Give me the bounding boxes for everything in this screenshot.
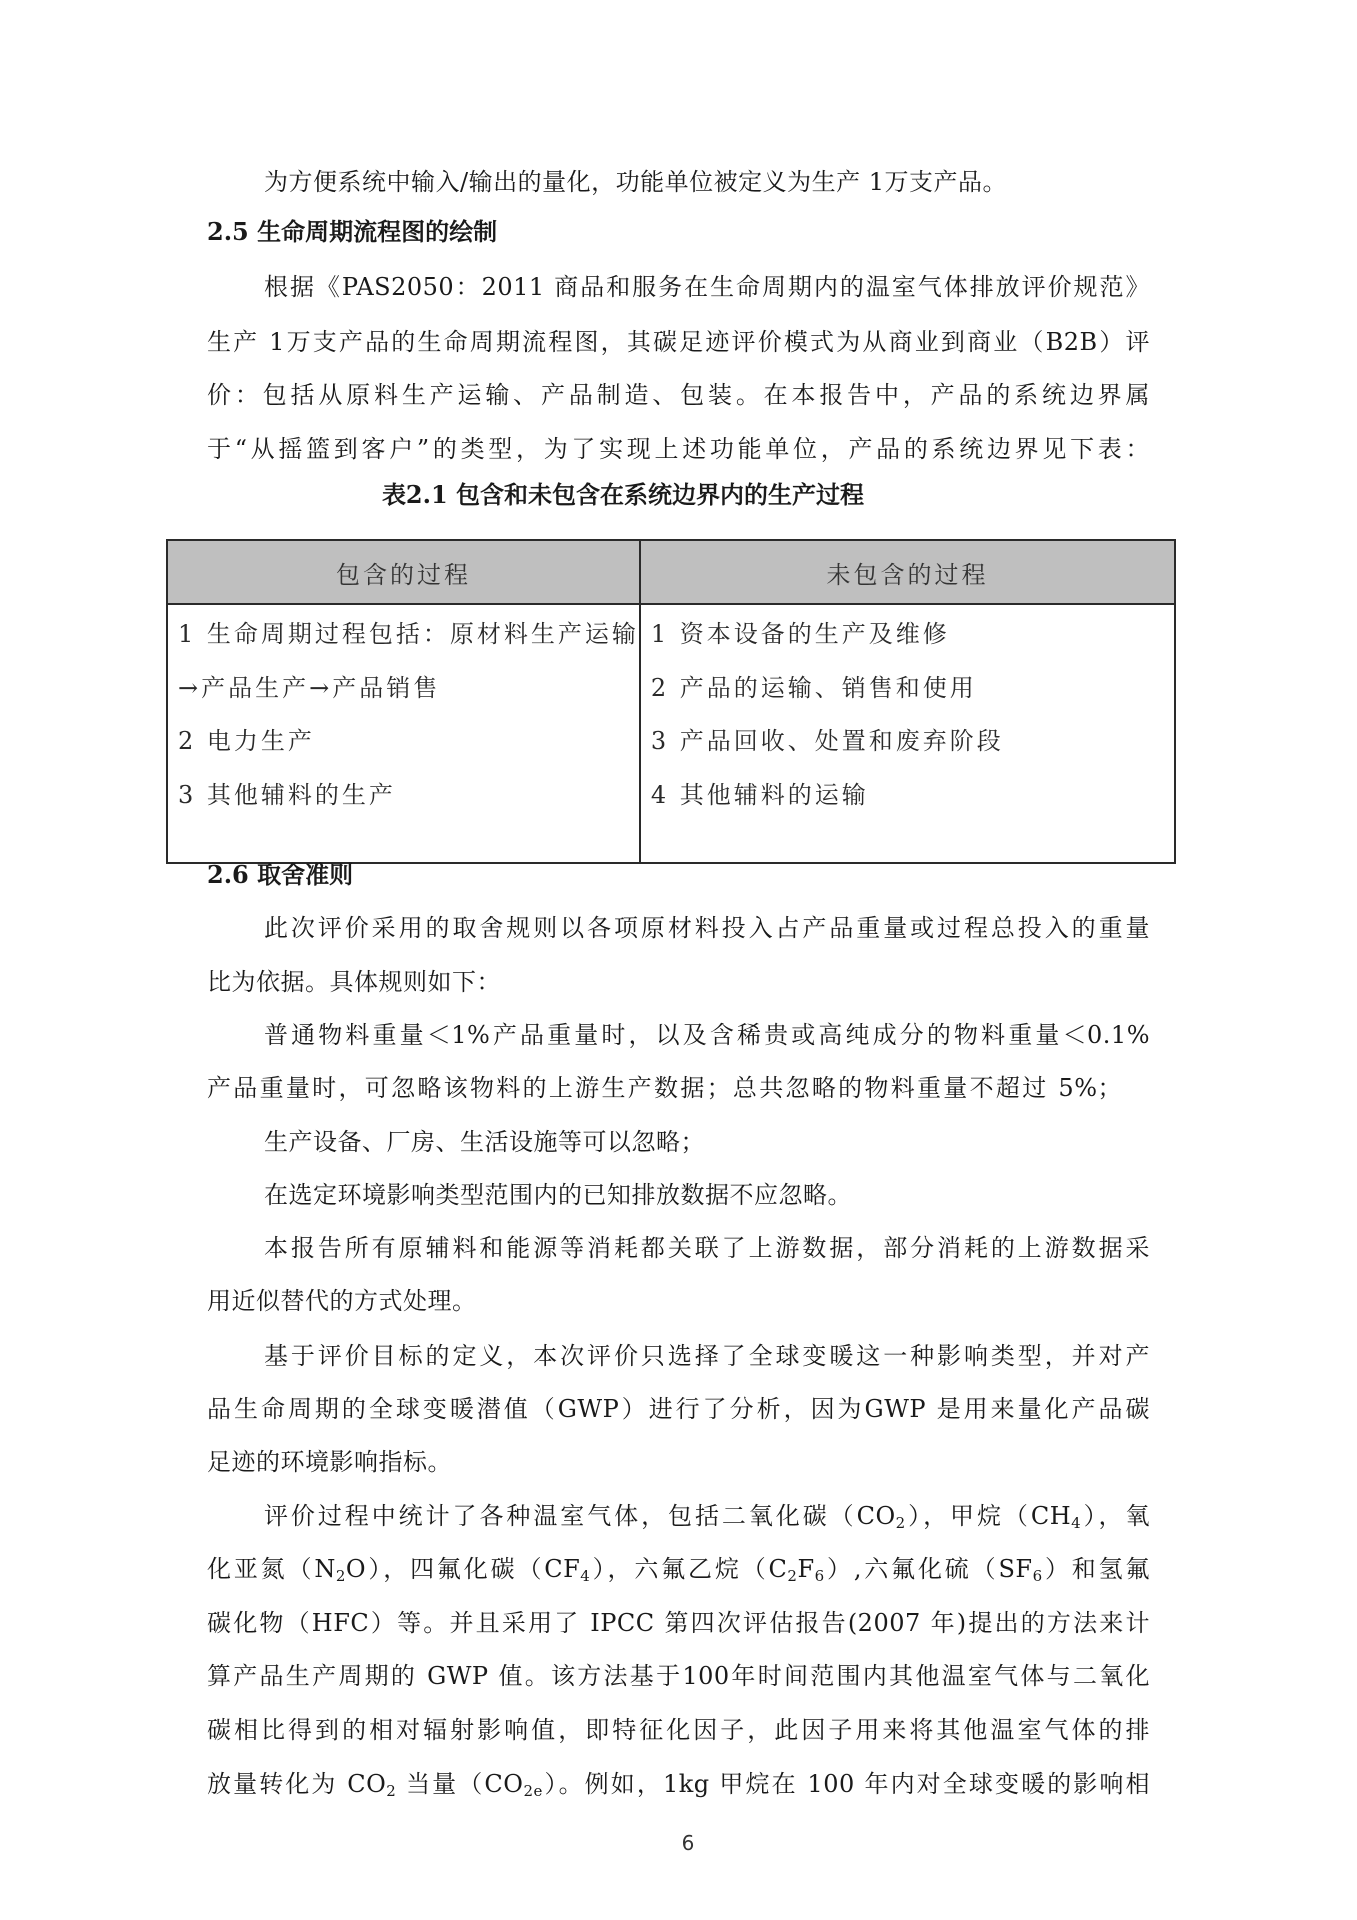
paragraph-line: 品生命周期的全球变暖潜值（GWP）进行了分析，因为GWP 是用来量化产品碳 bbox=[207, 1392, 1150, 1426]
paragraph-line-ghg-2: 化亚氮（N2O），四氟化碳（CF4），六氟乙烷（C2F6）,六氟化硫（SF6）和… bbox=[207, 1552, 1150, 1586]
subscript: 2 bbox=[896, 1514, 906, 1532]
excluded-processes-cell: 1 资本设备的生产及维修 2 产品的运输、销售和使用 3 产品回收、处置和废弃阶… bbox=[640, 604, 1175, 863]
text-run: F bbox=[797, 1555, 814, 1583]
paragraph-line: 在选定环境影响类型范围内的已知排放数据不应忽略。 bbox=[264, 1178, 1150, 1212]
subscript: 2e bbox=[523, 1782, 542, 1800]
paragraph-line: 价：包括从原料生产运输、产品制造、包装。在本报告中，产品的系统边界属 bbox=[207, 378, 1150, 412]
intro-line: 为方便系统中输入/输出的量化，功能单位被定义为生产 1万支产品。 bbox=[264, 165, 1150, 199]
paragraph-line: 足迹的环境影响指标。 bbox=[207, 1445, 1150, 1479]
document-page: 为方便系统中输入/输出的量化，功能单位被定义为生产 1万支产品。 2.5 生命周… bbox=[0, 0, 1357, 1920]
paragraph-line-ghg-5: 碳相比得到的相对辐射影响值，即特征化因子，此因子用来将其他温室气体的排 bbox=[207, 1713, 1150, 1747]
included-item: 3 其他辅料的生产 bbox=[178, 778, 639, 832]
subscript: 2 bbox=[336, 1567, 346, 1585]
paragraph-line: 普通物料重量＜1%产品重量时，以及含稀贵或高纯成分的物料重量＜0.1% bbox=[264, 1018, 1150, 1052]
subscript: 2 bbox=[386, 1782, 396, 1800]
text-run: ）和氢氟 bbox=[1043, 1555, 1150, 1583]
paragraph-line: 此次评价采用的取舍规则以各项原材料投入占产品重量或过程总投入的重量 bbox=[264, 911, 1150, 945]
column-header-excluded: 未包含的过程 bbox=[640, 540, 1175, 604]
included-item: →产品生产→产品销售 bbox=[178, 671, 639, 725]
paragraph-line-ghg-6: 放量转化为 CO2 当量（CO2e）。例如，1kg 甲烷在 100 年内对全球变… bbox=[207, 1767, 1150, 1801]
subscript: 4 bbox=[1071, 1514, 1081, 1532]
excluded-item: 4 其他辅料的运输 bbox=[651, 778, 1174, 832]
text-run: ），氧 bbox=[1081, 1502, 1150, 1530]
text-run: ）,六氟化硫（SF bbox=[825, 1555, 1033, 1583]
section-heading-2-5: 2.5 生命周期流程图的绘制 bbox=[207, 215, 497, 249]
paragraph-line-ghg-4: 算产品生产周期的 GWP 值。该方法基于100年时间范围内其他温室气体与二氧化 bbox=[207, 1659, 1150, 1693]
excluded-item: 3 产品回收、处置和废弃阶段 bbox=[651, 724, 1174, 778]
section-heading-2-6: 2.6 取舍准则 bbox=[207, 858, 353, 892]
page-number: 6 bbox=[678, 1828, 698, 1858]
paragraph-line-ghg-1: 评价过程中统计了各种温室气体，包括二氧化碳（CO2），甲烷（CH4），氧 bbox=[264, 1499, 1150, 1533]
paragraph-line-ghg-3: 碳化物（HFC）等。并且采用了 IPCC 第四次评估报告(2007 年)提出的方… bbox=[207, 1606, 1150, 1640]
paragraph-line: 根据《PAS2050：2011 商品和服务在生命周期内的温室气体排放评价规范》 bbox=[264, 270, 1150, 304]
subscript: 2 bbox=[787, 1567, 797, 1585]
subscript: 6 bbox=[1033, 1567, 1043, 1585]
paragraph-line: 生产设备、厂房、生活设施等可以忽略； bbox=[264, 1125, 1150, 1159]
paragraph-line: 生产 1万支产品的生命周期流程图，其碳足迹评价模式为从商业到商业（B2B）评 bbox=[207, 325, 1150, 359]
included-item: 2 电力生产 bbox=[178, 724, 639, 778]
text-run: O），四氟化碳（CF bbox=[346, 1555, 580, 1583]
paragraph-line: 本报告所有原辅料和能源等消耗都关联了上游数据，部分消耗的上游数据采 bbox=[264, 1231, 1150, 1265]
paragraph-line: 产品重量时，可忽略该物料的上游生产数据；总共忽略的物料重量不超过 5%； bbox=[207, 1071, 1122, 1105]
table-row: 1 生命周期过程包括：原材料生产运输 →产品生产→产品销售 2 电力生产 3 其… bbox=[167, 604, 1175, 863]
subscript: 4 bbox=[580, 1567, 590, 1585]
paragraph-line: 基于评价目标的定义，本次评价只选择了全球变暖这一种影响类型，并对产 bbox=[264, 1339, 1150, 1373]
text-run: ），甲烷（CH bbox=[906, 1502, 1071, 1530]
text-run: 化亚氮（N bbox=[207, 1555, 336, 1583]
included-item: 1 生命周期过程包括：原材料生产运输 bbox=[178, 617, 639, 671]
table-caption: 表2.1 包含和未包含在系统边界内的生产过程 bbox=[353, 478, 893, 512]
subscript: 6 bbox=[815, 1567, 825, 1585]
text-run: ）。例如，1kg 甲烷在 100 年内对全球变暖的影响相 bbox=[543, 1770, 1150, 1798]
text-run: ），六氟乙烷（C bbox=[590, 1555, 787, 1583]
excluded-item: 1 资本设备的生产及维修 bbox=[651, 617, 1174, 671]
text-run: 当量（CO bbox=[396, 1770, 523, 1798]
table-header-row: 包含的过程 未包含的过程 bbox=[167, 540, 1175, 604]
included-processes-cell: 1 生命周期过程包括：原材料生产运输 →产品生产→产品销售 2 电力生产 3 其… bbox=[167, 604, 640, 863]
paragraph-line: 用近似替代的方式处理。 bbox=[207, 1284, 1150, 1318]
paragraph-line: 比为依据。具体规则如下： bbox=[207, 965, 1150, 999]
text-run: 放量转化为 CO bbox=[207, 1770, 386, 1798]
text-run: 评价过程中统计了各种温室气体，包括二氧化碳（CO bbox=[264, 1502, 896, 1530]
paragraph-line: 于“从摇篮到客户”的类型，为了实现上述功能单位，产品的系统边界见下表： bbox=[207, 432, 1150, 466]
column-header-included: 包含的过程 bbox=[167, 540, 640, 604]
system-boundary-table: 包含的过程 未包含的过程 1 生命周期过程包括：原材料生产运输 →产品生产→产品… bbox=[166, 539, 1176, 864]
excluded-item: 2 产品的运输、销售和使用 bbox=[651, 671, 1174, 725]
